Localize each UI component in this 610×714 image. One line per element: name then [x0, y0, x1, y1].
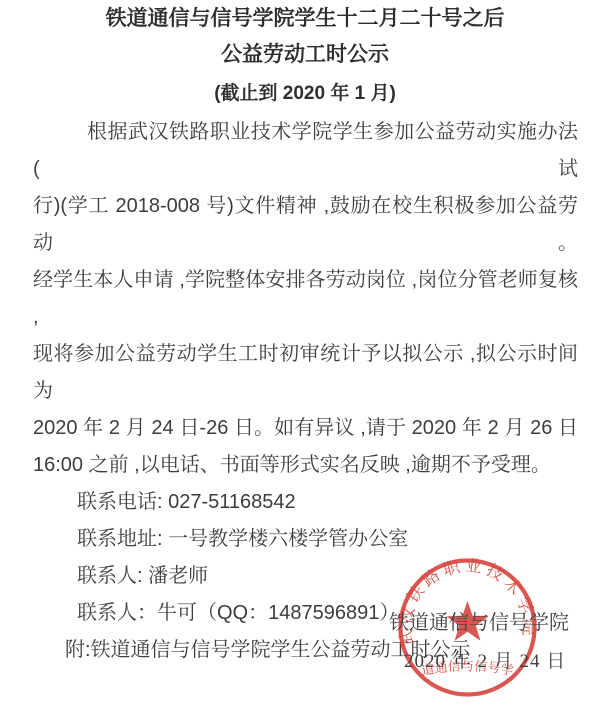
signature-organization: 铁道通信与信号学院	[389, 606, 569, 635]
contact-phone: 联系电话: 027-51168542	[33, 484, 578, 521]
body-line: 2020 年 2 月 24 日-26 日。如有异议 ,请于 2020 年 2 月…	[33, 410, 578, 447]
body-line: 行)(学工 2018-008 号)文件精神 ,鼓励在校生积极参加公益劳动。	[33, 188, 578, 262]
body-line: 根据武汉铁路职业技术学院学生参加公益劳动实施办法(试	[33, 114, 578, 188]
document-page: 铁道通信与信号学院学生十二月二十号之后 公益劳动工时公示 (截止到 2020 年…	[0, 0, 610, 714]
doc-title-line2: 公益劳动工时公示	[0, 43, 610, 67]
doc-title-line1: 铁道通信与信号学院学生十二月二十号之后	[0, 0, 610, 31]
body-line: 16:00 之前 ,以电话、书面等形式实名反映 ,逾期不予受理。	[33, 447, 578, 484]
body-line: 经学生本人申请 ,学院整体安排各劳动岗位 ,岗位分管老师复核 ,	[33, 262, 578, 336]
signature-date: 2020 年 2 月 24 日	[404, 646, 566, 673]
doc-subtitle: (截止到 2020 年 1 月)	[0, 83, 610, 105]
body-line: 现将参加公益劳动学生工时初审统计予以拟公示 ,拟公示时间为	[33, 336, 578, 410]
